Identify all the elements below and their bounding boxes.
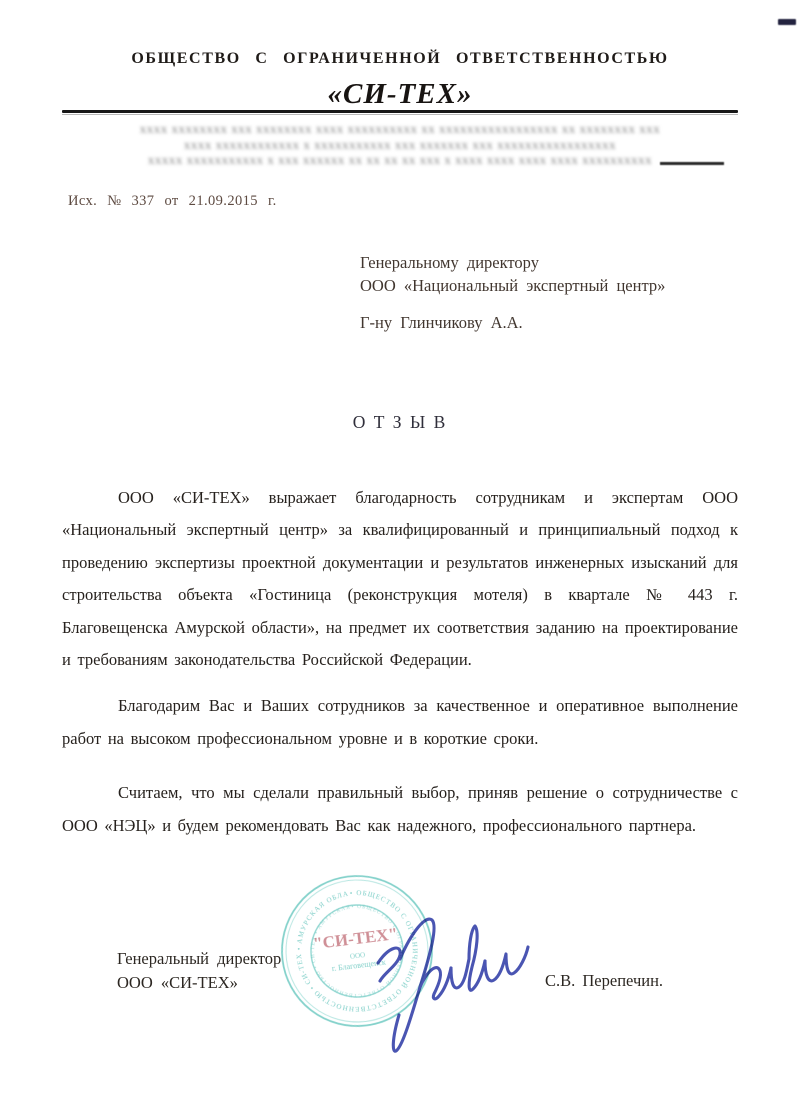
recipient-block: Генеральному директору ООО «Национальный… (360, 251, 665, 334)
recipient-person: Г-ну Глинчикову А.А. (360, 311, 665, 334)
document-title: О Т З Ы В (0, 412, 800, 433)
handwritten-signature (372, 893, 542, 1061)
letter-body: ООО «СИ-ТЕХ» выражает благодарность сотр… (62, 482, 738, 842)
redacted-underline-mark (660, 162, 724, 165)
redacted-line: xxxx xxxxxxxxxxxx x xxxxxxxxxxx xxx xxxx… (60, 137, 740, 153)
letter-page: ОБЩЕСТВО С ОГРАНИЧЕННОЙ ОТВЕТСТВЕННОСТЬЮ… (0, 0, 800, 1106)
signatory-position-line2: ООО «СИ-ТЕХ» (117, 971, 281, 995)
letterhead-org-type: ОБЩЕСТВО С ОГРАНИЧЕННОЙ ОТВЕТСТВЕННОСТЬЮ (0, 50, 800, 68)
reference-number-line: Исх. № 337 от 21.09.2015 г. (68, 193, 277, 210)
letterhead-rule (62, 110, 738, 113)
scan-artifact-mark (778, 19, 796, 25)
signatory-position: Генеральный директор ООО «СИ-ТЕХ» (117, 947, 281, 994)
redacted-line: xxxxx xxxxxxxxxxx x xxx xxxxxx xx xx xx … (60, 152, 740, 168)
letterhead-rule-shadow (62, 114, 738, 115)
letterhead-redacted-contact: xxxx xxxxxxxx xxx xxxxxxxx xxxx xxxxxxxx… (60, 121, 740, 168)
recipient-company: ООО «Национальный экспертный центр» (360, 274, 665, 297)
paragraph-gratitude: ООО «СИ-ТЕХ» выражает благодарность сотр… (62, 482, 738, 676)
signatory-position-line1: Генеральный директор (117, 947, 281, 971)
recipient-title: Генеральному директору (360, 251, 665, 274)
letterhead-company-name: «СИ-ТЕХ» (0, 78, 800, 111)
paragraph-recommendation: Считаем, что мы сделали правильный выбор… (62, 777, 738, 842)
paragraph-thanks: Благодарим Вас и Ваших сотрудников за ка… (62, 690, 738, 755)
signatory-name: С.В. Перепечин. (545, 971, 663, 991)
redacted-line: xxxx xxxxxxxx xxx xxxxxxxx xxxx xxxxxxxx… (60, 121, 740, 137)
